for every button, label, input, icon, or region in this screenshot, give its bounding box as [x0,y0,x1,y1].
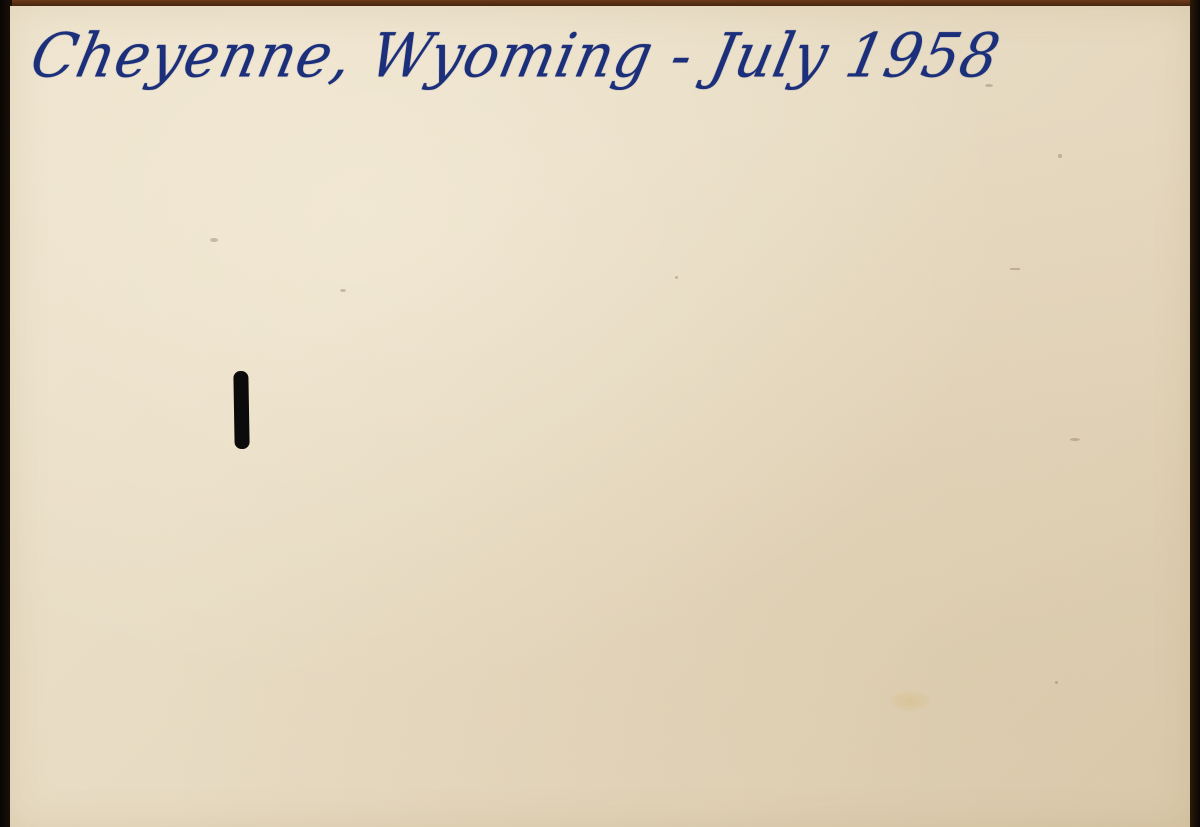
photo-frame: Cheyenne, Wyoming - July 1958 [0,0,1200,827]
photo-back-card: Cheyenne, Wyoming - July 1958 [10,6,1192,827]
paper-speck [1010,268,1020,270]
paper-speck [1055,681,1058,684]
paper-speck [985,84,993,87]
paper-speck [675,276,678,279]
ink-mark-numeral-one [233,371,249,449]
right-shadow-edge [1190,0,1200,827]
paper-stain [890,691,930,711]
handwritten-inscription: Cheyenne, Wyoming - July 1958 [25,20,1007,91]
paper-speck [1070,438,1080,441]
paper-speck [1058,154,1062,158]
paper-speck [210,238,218,242]
paper-speck [340,289,346,292]
